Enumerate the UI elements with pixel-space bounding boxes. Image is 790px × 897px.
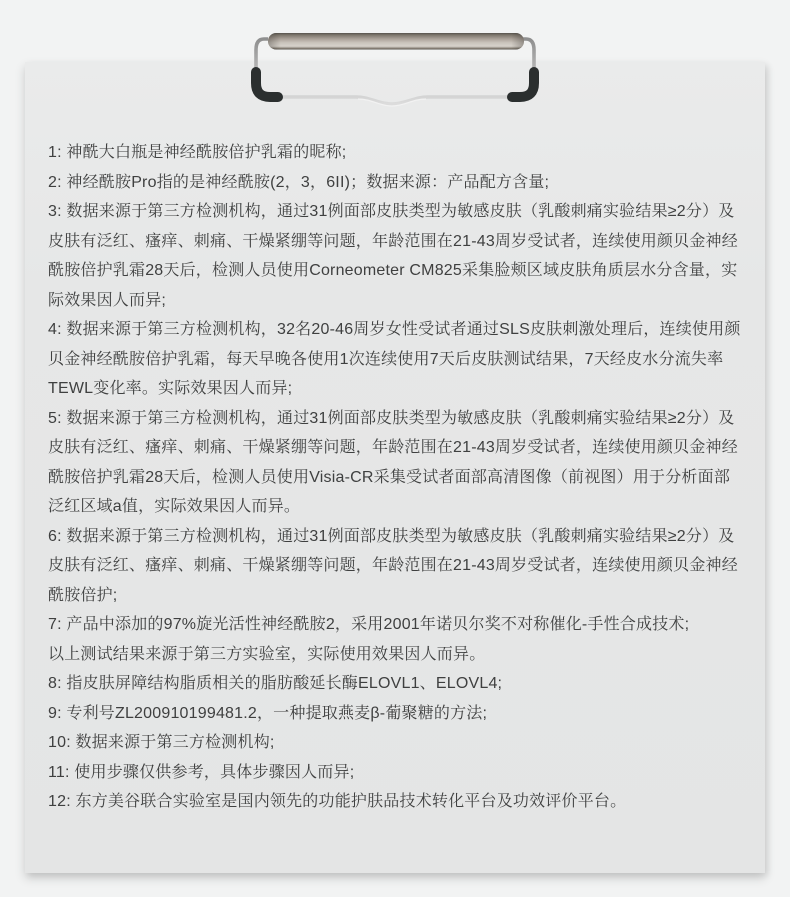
clip-right-grip [512, 72, 534, 97]
disclaimer-item-2: 2: 神经酰胺Pro指的是神经酰胺(2，3，6II)；数据来源：产品配方含量; [48, 168, 745, 198]
disclaimer-item-4: 4: 数据来源于第三方检测机构，32名20-46周岁女性受试者通过SLS皮肤刺激… [48, 315, 745, 404]
clipboard-clip-icon [238, 24, 552, 116]
clip-left-grip [256, 72, 278, 97]
disclaimer-list: 1: 神酰大白瓶是神经酰胺倍护乳霜的昵称; 2: 神经酰胺Pro指的是神经酰胺(… [48, 138, 745, 817]
disclaimer-item-7: 7: 产品中添加的97%旋光活性神经酰胺2，采用2001年诺贝尔奖不对称催化-手… [48, 610, 745, 640]
disclaimer-item-10: 10: 数据来源于第三方检测机构; [48, 728, 745, 758]
disclaimer-item-8: 8: 指皮肤屏障结构脂质相关的脂肪酸延长酶ELOVL1、ELOVL4; [48, 669, 745, 699]
disclaimer-item-1: 1: 神酰大白瓶是神经酰胺倍护乳霜的昵称; [48, 138, 745, 168]
disclaimer-item-12: 12: 东方美谷联合实验室是国内领先的功能护肤品技术转化平台及功效评价平台。 [48, 787, 745, 817]
disclaimer-item-5: 5: 数据来源于第三方检测机构，通过31例面部皮肤类型为敏感皮肤（乳酸刺痛实验结… [48, 404, 745, 522]
disclaimer-item-3: 3: 数据来源于第三方检测机构，通过31例面部皮肤类型为敏感皮肤（乳酸刺痛实验结… [48, 197, 745, 315]
disclaimer-item-6: 6: 数据来源于第三方检测机构，通过31例面部皮肤类型为敏感皮肤（乳酸刺痛实验结… [48, 522, 745, 611]
disclaimer-item-9: 9: 专利号ZL200910199481.2，一种提取燕麦β-葡聚糖的方法; [48, 699, 745, 729]
clipboard-paper: 1: 神酰大白瓶是神经酰胺倍护乳霜的昵称; 2: 神经酰胺Pro指的是神经酰胺(… [25, 62, 765, 873]
disclaimer-item-7b: 以上测试结果来源于第三方实验室，实际使用效果因人而异。 [48, 640, 745, 670]
disclaimer-item-11: 11: 使用步骤仅供参考，具体步骤因人而异; [48, 758, 745, 788]
